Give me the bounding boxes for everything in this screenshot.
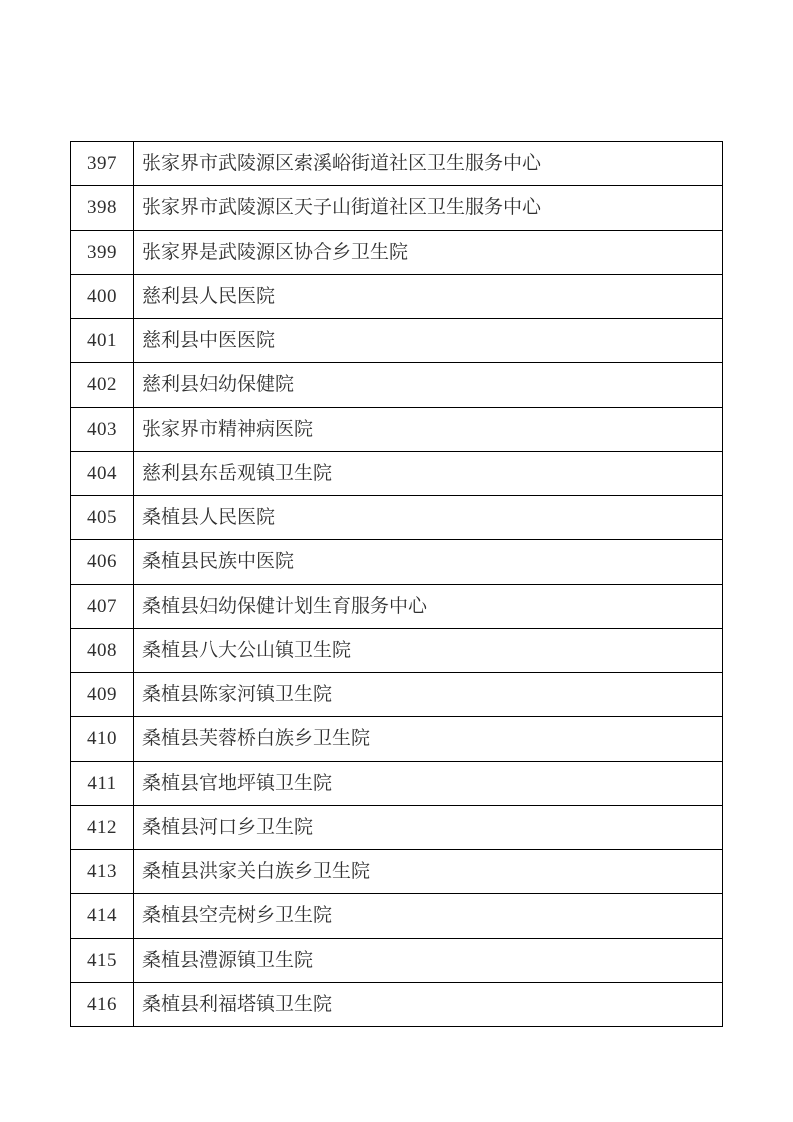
facility-name: 桑植县河口乡卫生院: [134, 805, 723, 849]
table-row: 401慈利县中医医院: [71, 319, 723, 363]
row-number: 406: [71, 540, 134, 584]
document-page: 397张家界市武陵源区索溪峪街道社区卫生服务中心398张家界市武陵源区天子山街道…: [0, 0, 793, 1122]
facility-name: 张家界市精神病医院: [134, 407, 723, 451]
table-row: 403张家界市精神病医院: [71, 407, 723, 451]
facility-name: 桑植县官地坪镇卫生院: [134, 761, 723, 805]
facility-name: 慈利县妇幼保健院: [134, 363, 723, 407]
table-row: 408桑植县八大公山镇卫生院: [71, 628, 723, 672]
row-number: 411: [71, 761, 134, 805]
table-row: 402慈利县妇幼保健院: [71, 363, 723, 407]
row-number: 401: [71, 319, 134, 363]
facility-name: 张家界是武陵源区协合乡卫生院: [134, 230, 723, 274]
table-row: 397张家界市武陵源区索溪峪街道社区卫生服务中心: [71, 142, 723, 186]
row-number: 415: [71, 938, 134, 982]
facility-name: 桑植县洪家关白族乡卫生院: [134, 850, 723, 894]
row-number: 397: [71, 142, 134, 186]
facility-name: 桑植县陈家河镇卫生院: [134, 673, 723, 717]
row-number: 408: [71, 628, 134, 672]
table-row: 412桑植县河口乡卫生院: [71, 805, 723, 849]
row-number: 403: [71, 407, 134, 451]
facility-table: 397张家界市武陵源区索溪峪街道社区卫生服务中心398张家界市武陵源区天子山街道…: [70, 141, 723, 1027]
row-number: 402: [71, 363, 134, 407]
row-number: 414: [71, 894, 134, 938]
facility-name: 桑植县人民医院: [134, 496, 723, 540]
table-row: 407桑植县妇幼保健计划生育服务中心: [71, 584, 723, 628]
facility-name: 慈利县中医医院: [134, 319, 723, 363]
row-number: 409: [71, 673, 134, 717]
row-number: 398: [71, 186, 134, 230]
table-row: 399张家界是武陵源区协合乡卫生院: [71, 230, 723, 274]
table-row: 416桑植县利福塔镇卫生院: [71, 982, 723, 1026]
table-row: 411桑植县官地坪镇卫生院: [71, 761, 723, 805]
facility-name: 桑植县妇幼保健计划生育服务中心: [134, 584, 723, 628]
facility-table-body: 397张家界市武陵源区索溪峪街道社区卫生服务中心398张家界市武陵源区天子山街道…: [71, 142, 723, 1027]
row-number: 416: [71, 982, 134, 1026]
facility-name: 张家界市武陵源区索溪峪街道社区卫生服务中心: [134, 142, 723, 186]
row-number: 413: [71, 850, 134, 894]
table-row: 400慈利县人民医院: [71, 274, 723, 318]
table-row: 406桑植县民族中医院: [71, 540, 723, 584]
facility-name: 慈利县人民医院: [134, 274, 723, 318]
table-row: 404慈利县东岳观镇卫生院: [71, 451, 723, 495]
table-row: 410桑植县芙蓉桥白族乡卫生院: [71, 717, 723, 761]
row-number: 407: [71, 584, 134, 628]
row-number: 400: [71, 274, 134, 318]
table-row: 413桑植县洪家关白族乡卫生院: [71, 850, 723, 894]
row-number: 404: [71, 451, 134, 495]
row-number: 405: [71, 496, 134, 540]
table-row: 415桑植县澧源镇卫生院: [71, 938, 723, 982]
table-row: 409桑植县陈家河镇卫生院: [71, 673, 723, 717]
facility-name: 张家界市武陵源区天子山街道社区卫生服务中心: [134, 186, 723, 230]
row-number: 412: [71, 805, 134, 849]
facility-name: 桑植县澧源镇卫生院: [134, 938, 723, 982]
table-row: 405桑植县人民医院: [71, 496, 723, 540]
row-number: 410: [71, 717, 134, 761]
row-number: 399: [71, 230, 134, 274]
facility-name: 慈利县东岳观镇卫生院: [134, 451, 723, 495]
table-row: 414桑植县空壳树乡卫生院: [71, 894, 723, 938]
facility-name: 桑植县八大公山镇卫生院: [134, 628, 723, 672]
table-row: 398张家界市武陵源区天子山街道社区卫生服务中心: [71, 186, 723, 230]
facility-name: 桑植县空壳树乡卫生院: [134, 894, 723, 938]
facility-name: 桑植县芙蓉桥白族乡卫生院: [134, 717, 723, 761]
facility-name: 桑植县民族中医院: [134, 540, 723, 584]
facility-name: 桑植县利福塔镇卫生院: [134, 982, 723, 1026]
